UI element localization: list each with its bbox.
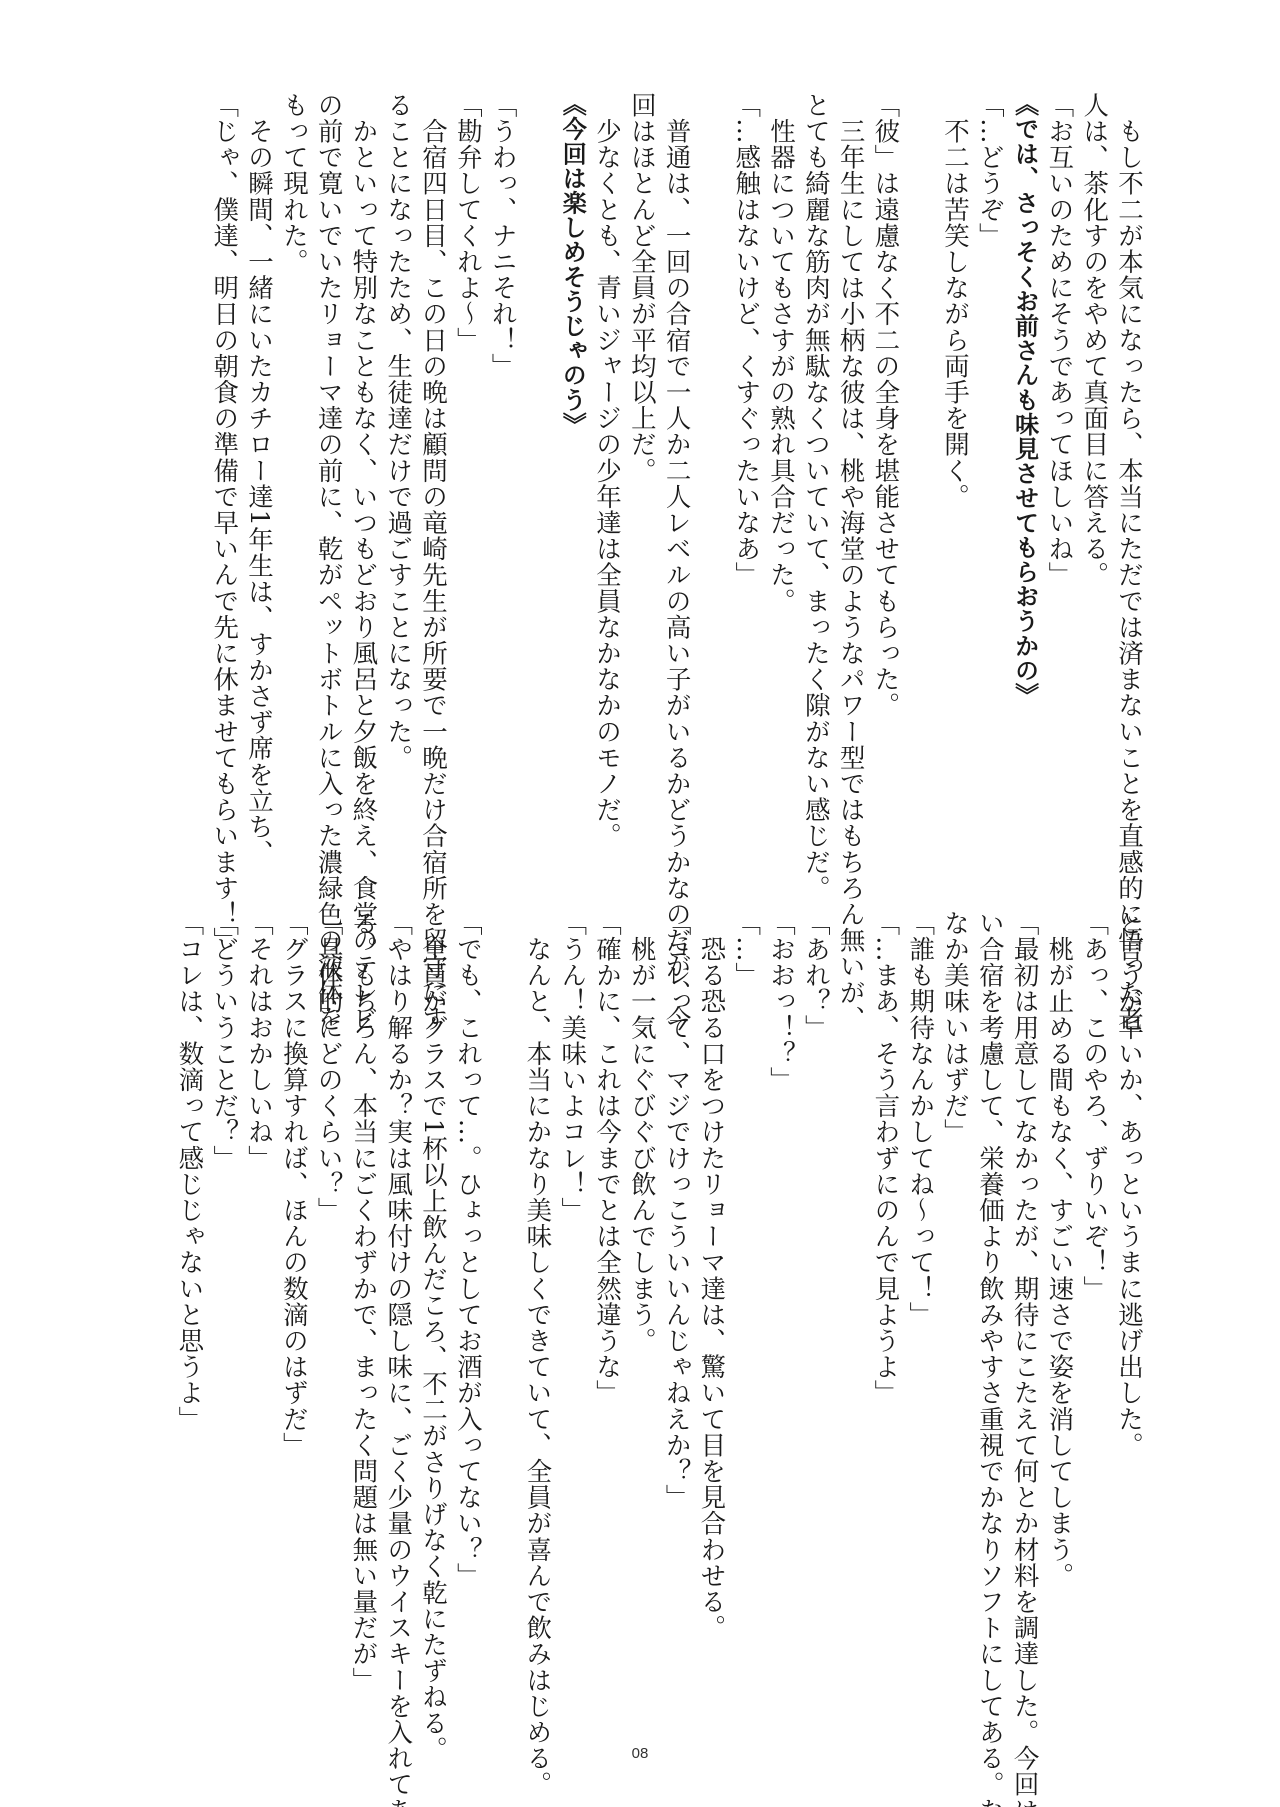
text-column: もし不二が本気になったら、本当にただでは済まないことを直感的に悟った老 [1112,92,1146,812]
text-column: る。もちろん、本当にごくわずかで、まったく問題は無い量だが」 [346,910,380,1710]
text-column: 「あっ、このやろ、ずりいぞ！」 [1077,910,1111,1710]
text-column: 「でも、これって…。ひょっとしてお酒が入ってない？」 [451,910,485,1710]
text-column: 桃が一気にぐびぐび飲んでしまう。 [625,910,659,1710]
text-column: 「勘弁してくれよ～」 [451,92,485,812]
text-column: 「…どうぞ」 [973,92,1007,812]
text-column: とても綺麗な筋肉が無駄なくついていて、まったく隙がない感じだ。 [799,92,833,812]
page-number: 08 [0,1745,1280,1762]
text-column: 「うん！美味いよコレ！」 [555,910,589,1710]
text-column: 「おおっ！？」 [764,910,798,1710]
text-column: 普通は、一回の合宿で一人か二人レベルの高い子がいるかどうかなのだが、今 [660,92,694,812]
text-column: 「お互いのためにそうであってほしいね」 [1042,92,1076,812]
text-column: 恐る恐る口をつけたリョーマ達は、驚いて目を見合わせる。 [694,910,728,1710]
text-column: ることになったため、生徒達だけで過ごすことになった。 [381,92,415,812]
text-column: 「コレは、数滴って感じじゃないと思うよ」 [172,910,206,1710]
text-column: かといって特別なこともなく、いつもどおり風呂と夕飯を終え、食堂のテレビ [346,92,380,812]
top-text-block: もし不二が本気になったら、本当にただでは済まないことを直感的に悟った老人は、茶化… [150,92,1140,812]
novel-page: もし不二が本気になったら、本当にただでは済まないことを直感的に悟った老人は、茶化… [0,0,1280,1807]
text-column: 合宿四日目、この日の晩は顧問の竜崎先生が所要で一晩だけ合宿所を留守にす [416,92,450,812]
text-column: 性器についてもさすがの熟れ具合だった。 [764,92,798,812]
text-column: もって現れた。 [277,92,311,812]
text-column: 「…感触はないけど、くすぐったいなあ」 [729,92,763,812]
text-column: 「彼」は遠慮なく不二の全身を堪能させてもらった。 [868,92,902,812]
text-column: 「じゃ、僕達、明日の朝食の準備で早いんで先に休ませてもらいます！」 [207,92,241,812]
text-column: その瞬間、一緒にいたカチロー達1年生は、すかさず席を立ち、 [242,92,276,812]
text-column: 「やはり解るか？実は風味付けの隠し味に、ごく少量のウイスキーを入れてあ [381,910,415,1710]
text-column: 「グラスに換算すれば、ほんの数滴のはずだ」 [277,910,311,1710]
text-column: 「確かに、これは今までとは全然違うな」 [590,910,624,1710]
text-column: 全員がグラスで1杯以上飲んだころ、不二がさりげなく乾にたずねる。 [416,910,450,1710]
text-column: 「あれ？」 [799,910,833,1710]
text-column: と言うが早いか、あっというまに逃げ出した。 [1112,910,1146,1710]
bottom-text-block: と言うが早いか、あっというまに逃げ出した。「あっ、このやろ、ずりいぞ！」 桃が止… [150,910,1140,1710]
text-column: 「それはおかしいね」 [242,910,276,1710]
text-column: 「…」 [729,910,763,1710]
emphasized-line: 《今回は楽しめそうじゃのう》 [555,92,589,812]
text-column: 「コレって、マジでけっこういいんじゃねえか？」 [660,910,694,1710]
text-column: 「うわっ、ナニそれ！」 [486,92,520,812]
text-column: 「誰も期待なんかしてね～って！」 [903,910,937,1710]
text-column: 「具体的にどのくらい？」 [312,910,346,1710]
text-column: なんと、本当にかなり美味しくできていて、全員が喜んで飲みはじめる。 [520,910,554,1710]
text-column: 人は、茶化すのをやめて真面目に答える。 [1077,92,1111,812]
text-column: 「最初は用意してなかったが、期待にこたえて何とか材料を調達した。今回は長 [1008,910,1042,1710]
text-column: 「…まあ、そう言わずにのんで見ようよ」 [868,910,902,1710]
text-column: の前で寛いでいたリョーマ達の前に、乾がペットボトルに入った濃緑色の液体を [312,92,346,812]
text-column: 「どういうことだ？」 [207,910,241,1710]
text-column: 三年生にしては小柄な彼は、桃や海堂のようなパワー型ではもちろん無いが、 [834,92,868,812]
emphasized-line: 《では、さっそくお前さんも味見させてもらおうかの》 [1008,92,1042,812]
text-column: 回はほとんど全員が平均以上だ。 [625,92,659,812]
text-column: なか美味いはずだ」 [938,910,972,1710]
text-column: 少なくとも、青いジャージの少年達は全員なかなかのモノだ。 [590,92,624,812]
text-column: い合宿を考慮して、栄養価より飲みやすさ重視でかなりソフトにしてある。なか [973,910,1007,1710]
text-column: 不二は苦笑しながら両手を開く。 [938,92,972,812]
text-column: 桃が止める間もなく、すごい速さで姿を消してしまう。 [1042,910,1076,1710]
